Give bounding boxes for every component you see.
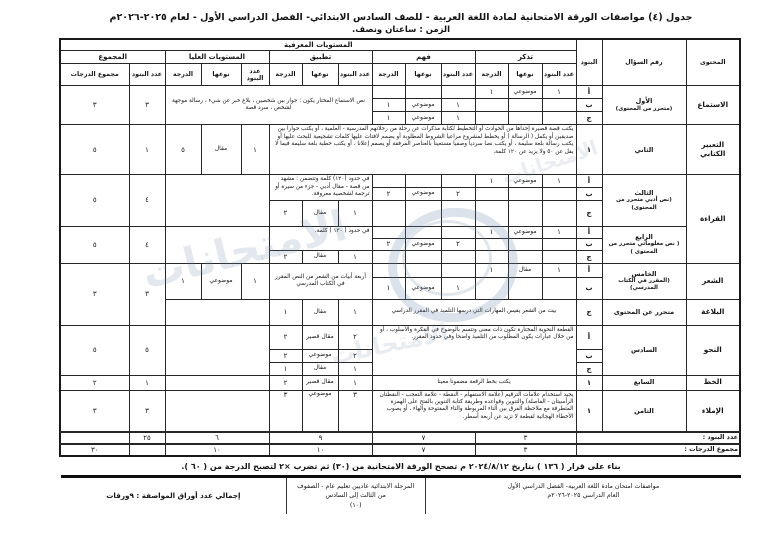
item-dictation: ١ [576, 390, 602, 432]
empty-cell [475, 238, 508, 250]
cell-poetry-b-understand-type: موضوعي [405, 277, 441, 299]
item-reading3-a: أ [576, 175, 602, 188]
empty-cell [372, 226, 405, 238]
question-5-name: الخامس [631, 270, 656, 278]
cell-reading4-c-apply-type: مقال [302, 250, 338, 263]
cell-listening-b-understand-count: ١ [441, 99, 475, 112]
page-title: جدول (٤) مواصفات الورقة الامتحانية لمادة… [61, 12, 741, 25]
empty-cell [542, 250, 576, 263]
cell-listening-c-understand-grade: ١ [372, 112, 405, 125]
cell-reading3-a-remember-grade: ١ [475, 175, 508, 188]
cell-grammar-c-apply-type: مقال [302, 362, 338, 375]
total-grades-all: ٣٠ [60, 444, 129, 456]
group-header-total: المجموع [60, 51, 165, 64]
cell-dictation-total-grades: ٣ [60, 390, 129, 432]
cell-reading3-b-understand-count: ٢ [441, 187, 475, 200]
item-reading3-b: ب [576, 187, 602, 200]
cell-poetry-higher-type: موضوعي [201, 263, 241, 299]
empty-cell [372, 200, 405, 226]
desc-grammar: القطعة النحوية المختارة تكون ذات معنى وت… [372, 325, 576, 375]
item-reading4-c: ج [576, 250, 602, 263]
cell-handwriting-total-items: ١ [129, 375, 165, 390]
cell-reading4-b-understand-grade: ٢ [372, 238, 405, 250]
item-poetry-b: ب [576, 277, 602, 299]
empty-cell [508, 99, 542, 112]
group-header-apply: تطبيق [269, 51, 372, 64]
empty-cell [542, 238, 576, 250]
content-writing: التعبير الكتابي [686, 125, 740, 175]
empty-cell [542, 277, 576, 299]
desc-rhetoric: بيت من الشعر يقيس المهارات التي درسها ال… [372, 299, 576, 325]
cell-poetry-total-items: ٣ [129, 263, 165, 325]
cell-grammar-c-apply-count: ١ [338, 362, 372, 375]
item-rhetoric: ج [576, 299, 602, 325]
empty-cell [405, 200, 441, 226]
cell-handwriting-total-grades: ٢ [60, 375, 129, 390]
footer-pages-total: إجمالي عدد أوراق المواصفة : ٩ورقات [61, 478, 286, 514]
item-listening-c: ج [576, 112, 602, 125]
cell-writing-higher-grade: ٥ [165, 125, 201, 175]
cell-dictation-apply-count: ٣ [338, 390, 372, 432]
empty-cell [508, 238, 542, 250]
content-handwriting: الخط [686, 375, 740, 390]
empty-cell [372, 86, 405, 99]
empty-cell [165, 175, 269, 226]
cell-reading4-a-remember-grade: ١ [475, 226, 508, 238]
desc-listening: نص الاستماع المختار يكون : حوار بين شخصي… [165, 86, 372, 125]
item-grammar-a: أ [576, 325, 602, 349]
subheader-total-grades: مجموع الدرجات [60, 64, 129, 86]
content-listening: الاستماع [686, 86, 740, 125]
item-reading4-b: ب [576, 238, 602, 250]
cell-listening-c-understand-type: موضوعي [405, 112, 441, 125]
item-reading3-c: ج [576, 200, 602, 226]
item-grammar-b: ب [576, 349, 602, 362]
desc-reading3: في حدود (١٢٠) كلمة وتتضمن : مشهد من قصة … [269, 175, 372, 200]
subheader-apply-type: نوعها [302, 64, 338, 86]
cell-listening-a-remember-grade: ١ [475, 86, 508, 99]
cell-reading3-total-grades: ٥ [60, 175, 129, 226]
desc-reading4: في حدود ( ١٣٠ ) كلمة. [269, 226, 372, 250]
cell-grammar-c-apply-grade: ١ [269, 362, 302, 375]
item-writing: ١ [576, 125, 602, 175]
cell-grammar-b-apply-type: موضوعي [302, 349, 338, 362]
question-1-name: الأول [636, 97, 653, 105]
desc-poetry: أربعة أبيات من الشعر من النص المقرر في ا… [269, 263, 372, 299]
cell-reading4-a-remember-type: موضوعي [508, 226, 542, 238]
cell-reading3-a-remember-count: ١ [542, 175, 576, 188]
group-header-remember: تذكر [475, 51, 576, 64]
cell-dictation-total-items: ٣ [129, 390, 165, 432]
col-header-items: البنود [576, 39, 602, 86]
empty-cell [441, 200, 475, 226]
empty-cell [405, 250, 441, 263]
cell-poetry-higher-grade: ١ [165, 263, 201, 299]
empty-cell [405, 226, 441, 238]
cell-poetry-total-grades: ٣ [60, 263, 129, 325]
total-items-understand: ٧ [372, 432, 475, 444]
total-grades-higher: ١٠ [165, 444, 269, 456]
cell-listening-total-items: ٣ [129, 86, 165, 125]
cell-reading3-b-understand-type: موضوعي [405, 187, 441, 200]
subheader-higher-grade: الدرجة [165, 64, 201, 86]
cell-rhetoric-apply-count: ١ [338, 299, 372, 325]
empty-cell [165, 299, 269, 325]
cell-grammar-a-apply-type: مقال قصير [302, 325, 338, 349]
group-header-higher: المستويات العليا [165, 51, 269, 64]
footer-stage-info: المرحلة الابتدائية عاديين تعليم عام - ال… [286, 478, 425, 514]
empty-cell [542, 112, 576, 125]
spec-table: المحتوى رقم السؤال البنود المستويات المع… [59, 38, 741, 457]
subheader-apply-grade: الدرجة [269, 64, 302, 86]
subheader-remember-count: عدد البنود [542, 64, 576, 86]
cell-poetry-b-understand-count: ١ [441, 277, 475, 299]
empty-cell [508, 200, 542, 226]
content-grammar: النحو [686, 325, 740, 375]
col-header-question: رقم السؤال [602, 39, 686, 86]
question-3: الثالث(نص أدبي متحرر من المحتوى) [602, 175, 686, 226]
content-rhetoric: البلاغة [686, 299, 740, 325]
desc-handwriting: يكتب بخط الرقعة مضمونا معينا [372, 375, 576, 390]
cell-writing-higher-count: ١ [241, 125, 269, 175]
empty-cell [542, 187, 576, 200]
totals-items-label: عدد البنود : [576, 432, 740, 444]
cell-handwriting-apply-grade: ٢ [269, 375, 302, 390]
question-4-name: الرابع [635, 233, 653, 241]
cell-poetry-higher-count: ١ [241, 263, 269, 299]
empty-cell [165, 375, 269, 390]
cell-handwriting-apply-type: مقال قصير [302, 375, 338, 390]
footer-spec-info: مواصفات امتحان مادة اللغة العربية- الفصل… [425, 478, 741, 514]
empty-cell [441, 250, 475, 263]
empty-cell [475, 112, 508, 125]
item-grammar-c: ج [576, 362, 602, 375]
empty-cell [165, 226, 269, 263]
subheader-higher-type: نوعها [201, 64, 241, 86]
cell-grammar-total-grades: ٥ [60, 325, 129, 375]
empty-cell [475, 200, 508, 226]
col-header-content: المحتوى [686, 39, 740, 86]
cell-listening-b-understand-type: موضوعي [405, 99, 441, 112]
cell-listening-c-understand-count: ١ [441, 112, 475, 125]
cell-poetry-b-understand-grade: ١ [372, 277, 405, 299]
footer-spec-line2: العام الدراسي ٢٠٢٥-٢٠٢٦م [432, 491, 735, 500]
total-items-all: ٢٥ [129, 432, 165, 444]
footer-stage-line2: (١٠) [293, 501, 419, 510]
cell-rhetoric-apply-grade: ١ [269, 299, 302, 325]
subheader-apply-count: عدد البنود [338, 64, 372, 86]
cell-reading4-b-understand-count: ٢ [441, 238, 475, 250]
totals-grades-label: مجموع الدرجات : [576, 444, 740, 456]
cell-rhetoric-apply-type: مقال [302, 299, 338, 325]
total-items-higher: ٦ [165, 432, 269, 444]
empty-cell [542, 99, 576, 112]
document-page: جدول (٤) مواصفات الورقة الامتحانية لمادة… [0, 0, 768, 543]
content-reading: القراءة [686, 175, 740, 263]
question-7: السابع [602, 375, 686, 390]
empty-cell [165, 325, 269, 375]
total-items-remember: ٣ [475, 432, 576, 444]
cell-grammar-a-apply-grade: ٢ [269, 325, 302, 349]
empty-cell [441, 86, 475, 99]
cell-reading4-total-items: ٤ [129, 226, 165, 263]
content-dictation: الإملاء [686, 390, 740, 432]
question-1: الأول(متحرر من المحتوى) [602, 86, 686, 125]
empty-cell [165, 390, 269, 432]
cell-poetry-a-remember-type: مقال [508, 263, 542, 277]
content-poetry: الشعر [686, 263, 740, 299]
question-5-note: (المقرر في الكتاب المدرسي) [604, 278, 685, 293]
subheader-total-count: عدد البنود [129, 64, 165, 86]
empty-cell [405, 263, 441, 277]
subheader-understand-count: عدد البنود [441, 64, 475, 86]
total-grades-remember: ٣ [475, 444, 576, 456]
cell-reading4-b-understand-type: موضوعي [405, 238, 441, 250]
item-handwriting: ١ [576, 375, 602, 390]
empty-cell [441, 263, 475, 277]
footer-stage-line1: المرحلة الابتدائية عاديين تعليم عام - ال… [293, 482, 419, 501]
total-grades-understand: ٧ [372, 444, 475, 456]
question-3-name: الثالث [634, 189, 653, 197]
cell-writing-total-grades: ٥ [60, 125, 129, 175]
cell-reading3-c-apply-count: ١ [338, 200, 372, 226]
cell-dictation-apply-grade: ٣ [269, 390, 302, 432]
empty-cell [405, 86, 441, 99]
header-cognitive-levels: المستويات المعرفية [60, 39, 576, 51]
empty-cell [441, 226, 475, 238]
item-reading4-a: أ [576, 226, 602, 238]
correction-note: بناء على قرار ( ١٣٦ ) بتاريخ ٢٠٢٤/٨/١٢ م… [61, 462, 741, 471]
empty-cell [372, 263, 405, 277]
footer-spec-line1: مواصفات امتحان مادة اللغة العربية- الفصل… [432, 482, 735, 491]
cell-listening-a-remember-type: موضوعي [508, 86, 542, 99]
empty-cell [372, 250, 405, 263]
question-8: الثامن [602, 390, 686, 432]
empty-cell [129, 444, 165, 456]
subheader-understand-grade: الدرجة [372, 64, 405, 86]
empty-cell [372, 175, 405, 188]
cell-listening-total-grades: ٣ [60, 86, 129, 125]
cell-reading3-c-apply-grade: ٢ [269, 200, 302, 226]
desc-writing: يكتب قصة قصيرة إحداها من الحوادث أو التخ… [269, 125, 576, 175]
subheader-remember-grade: الدرجة [475, 64, 508, 86]
item-poetry-a: أ [576, 263, 602, 277]
empty-cell [441, 175, 475, 188]
sheet: جدول (٤) مواصفات الورقة الامتحانية لمادة… [61, 12, 741, 514]
total-items-apply: ٩ [269, 432, 372, 444]
cell-listening-a-remember-count: ١ [542, 86, 576, 99]
cell-grammar-b-apply-grade: ٢ [269, 349, 302, 362]
page-subtitle: الزمن : ساعتان ونصف. [61, 25, 741, 35]
cell-reading4-a-remember-count: ١ [542, 226, 576, 238]
cell-poetry-a-remember-grade: ١ [475, 263, 508, 277]
question-1-note: (متحرر من المحتوى) [604, 106, 685, 113]
cell-listening-b-understand-grade: ١ [372, 99, 405, 112]
cell-writing-total-items: ١ [129, 125, 165, 175]
question-4-note: ( نص معلوماتي متحرر من المحتوى ) [604, 241, 685, 256]
question-2: الثاني [602, 125, 686, 175]
subheader-understand-type: نوعها [405, 64, 441, 86]
item-listening-a: أ [576, 86, 602, 99]
empty-cell [508, 112, 542, 125]
group-header-understand: فهم [372, 51, 475, 64]
cell-reading3-total-items: ٤ [129, 175, 165, 226]
cell-reading3-b-understand-grade: ٢ [372, 187, 405, 200]
cell-handwriting-apply-count: ١ [338, 375, 372, 390]
cell-reading3-c-apply-type: مقال [302, 200, 338, 226]
question-3-note: (نص أدبي متحرر من المحتوى) [604, 197, 685, 212]
question-rhetoric: متحرر عن المحتوى [602, 299, 686, 325]
empty-cell [475, 277, 508, 299]
empty-cell [542, 200, 576, 226]
question-5: الخامس(المقرر في الكتاب المدرسي) [602, 263, 686, 299]
cell-grammar-total-items: ٥ [129, 325, 165, 375]
empty-cell [60, 432, 129, 444]
empty-cell [475, 99, 508, 112]
cell-grammar-b-apply-count: ٢ [338, 349, 372, 362]
subheader-remember-type: نوعها [508, 64, 542, 86]
question-4: الرابع( نص معلوماتي متحرر من المحتوى ) [602, 226, 686, 263]
cell-writing-higher-type: مقال [201, 125, 241, 175]
item-listening-b: ب [576, 99, 602, 112]
desc-dictation: يجيد استخدام علامات الترقيم (علامة الاست… [372, 390, 576, 432]
cell-poetry-a-remember-count: ١ [542, 263, 576, 277]
empty-cell [405, 175, 441, 188]
empty-cell [508, 277, 542, 299]
question-6: السادس [602, 325, 686, 375]
cell-grammar-a-apply-count: ٢ [338, 325, 372, 349]
cell-reading4-c-apply-grade: ٢ [269, 250, 302, 263]
subheader-higher-count: عدد البنود [241, 64, 269, 86]
cell-dictation-apply-type: موضوعي [302, 390, 338, 432]
empty-cell [475, 250, 508, 263]
empty-cell [508, 187, 542, 200]
empty-cell [508, 250, 542, 263]
cell-reading4-c-apply-count: ١ [338, 250, 372, 263]
total-grades-apply: ١٠ [269, 444, 372, 456]
cell-reading4-total-grades: ٥ [60, 226, 129, 263]
empty-cell [475, 187, 508, 200]
page-footer: مواصفات امتحان مادة اللغة العربية- الفصل… [61, 475, 741, 514]
cell-reading3-a-remember-type: موضوعي [508, 175, 542, 188]
